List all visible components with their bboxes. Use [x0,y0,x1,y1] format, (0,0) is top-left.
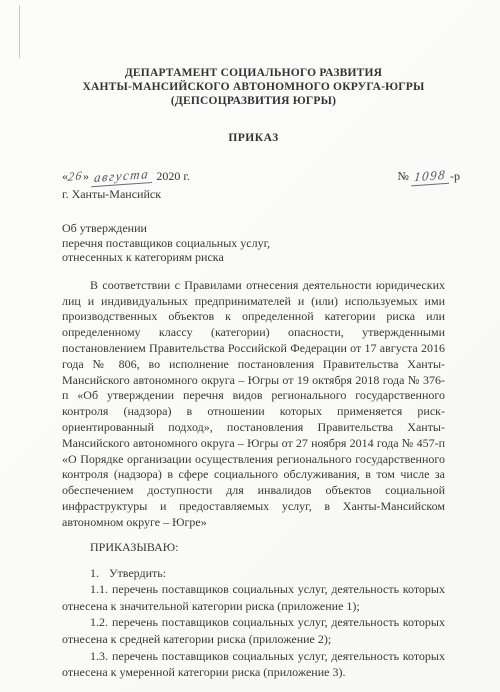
order-item-1-2: 1.2.перечень поставщиков социальных услу… [62,614,445,647]
item-text: Утвердить: [109,566,166,580]
resolution-word: ПРИКАЗЫВАЮ: [62,540,445,555]
authority-short-name: (ДЕПСОЦРАЗВИТИЯ ЮГРЫ) [62,94,445,108]
close-quote: » [83,169,89,183]
date-day-quoted: «26» [62,169,89,183]
order-item-1-3: 1.3.перечень поставщиков социальных услу… [62,648,445,681]
document-subject: Об утверждении перечня поставщиков социа… [62,221,352,265]
issuing-city: г. Ханты-Мансийск [62,187,445,202]
date-and-number-row: «26» августа 2020 г. № 1098-р [62,168,460,185]
subject-line-2: перечня поставщиков социальных услуг, [62,236,352,251]
scan-artifact-line [19,5,20,58]
item-number: 1.2. [90,615,112,629]
item-number: 1.1. [90,582,112,596]
authority-name-line-1: ДЕПАРТАМЕНТ СОЦИАЛЬНОГО РАЗВИТИЯ [62,66,445,80]
item-text: перечень поставщиков социальных услуг, д… [62,649,445,680]
issuing-authority-header: ДЕПАРТАМЕНТ СОЦИАЛЬНОГО РАЗВИТИЯ ХАНТЫ-М… [62,66,445,108]
subject-line-1: Об утверждении [62,221,352,236]
order-item-1: 1.Утвердить: [62,565,445,582]
date-year: 2020 г. [156,169,190,183]
handwritten-day: 26 [67,168,84,185]
preamble-paragraph: В соответствии с Правилами отнесения дея… [62,278,445,531]
subject-line-3: отнесенных к категориям риска [62,250,352,265]
document-number: № 1098-р [398,168,460,185]
item-number: 1.3. [90,649,112,663]
order-item-1-1: 1.1.перечень поставщиков социальных услу… [62,581,445,614]
item-text: перечень поставщиков социальных услуг, д… [62,615,445,646]
number-sign: № [398,169,409,183]
document-type-title: ПРИКАЗ [62,132,445,144]
authority-name-line-2: ХАНТЫ-МАНСИЙСКОГО АВТОНОМНОГО ОКРУГА-ЮГР… [62,80,445,94]
item-text: перечень поставщиков социальных услуг, д… [62,582,445,613]
item-number: 1. [90,566,109,580]
handwritten-number: 1098 [411,167,451,187]
document-content: ДЕПАРТАМЕНТ СОЦИАЛЬНОГО РАЗВИТИЯ ХАНТЫ-М… [62,66,445,681]
scanned-document-page: ДЕПАРТАМЕНТ СОЦИАЛЬНОГО РАЗВИТИЯ ХАНТЫ-М… [0,0,500,692]
document-date: «26» августа 2020 г. [62,168,190,185]
number-suffix: -р [450,169,460,183]
handwritten-month: августа [91,166,154,187]
